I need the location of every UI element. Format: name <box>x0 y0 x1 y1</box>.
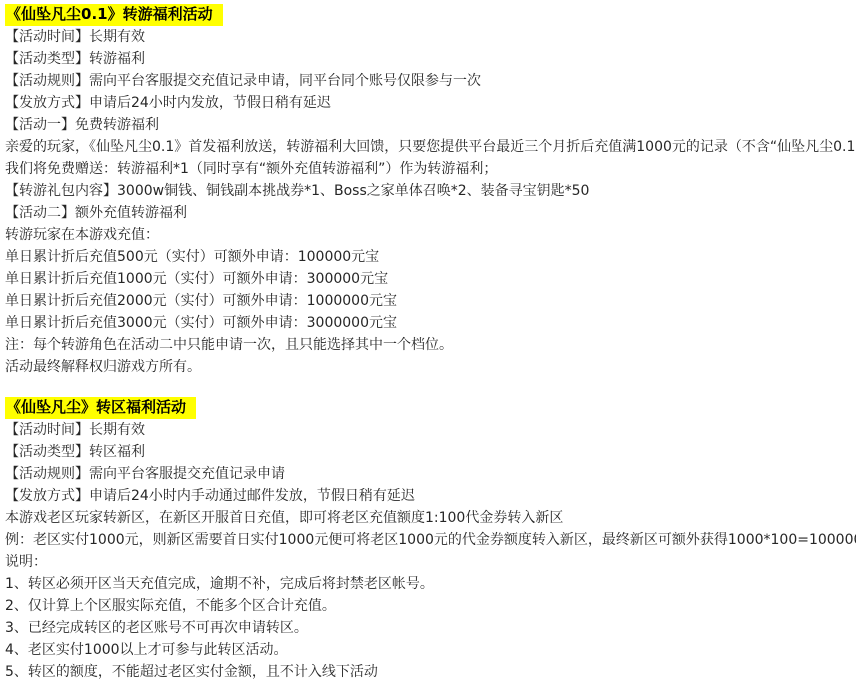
text-line-rule-4: 4、老区实付1000以上才可参与此转区活动。 <box>5 639 856 661</box>
text-line-free-gift: 我们将免费赠送：转游福利*1（同时享有“额外充值转游福利”）作为转游福利； <box>5 158 856 180</box>
text-line-activity-type: 【活动类型】转游福利 <box>5 48 856 70</box>
text-line-activity-two: 【活动二】额外充值转游福利 <box>5 202 856 224</box>
text-line-rule-5: 5、转区的额度，不能超过老区实付金额，且不计入线下活动 <box>5 661 856 681</box>
section-gap <box>5 378 856 397</box>
text-line-note: 注：每个转游角色在活动二中只能申请一次，且只能选择其中一个档位。 <box>5 334 856 356</box>
text-line-tier-1000: 单日累计折后充值1000元（实付）可额外申请：300000元宝 <box>5 268 856 290</box>
text-line-rule-2: 2、仅计算上个区服实际充值，不能多个区合计充值。 <box>5 595 856 617</box>
text-line-activity-one: 【活动一】免费转游福利 <box>5 114 856 136</box>
text-line-distribution-method: 【发放方式】申请后24小时内手动通过邮件发放，节假日稍有延迟 <box>5 485 856 507</box>
text-line-activity-rules: 【活动规则】需向平台客服提交充值记录申请，同平台同个账号仅限参与一次 <box>5 70 856 92</box>
text-line-rule-3: 3、已经完成转区的老区账号不可再次申请转区。 <box>5 617 856 639</box>
text-line-rule-1: 1、转区必须开区当天充值完成，逾期不补，完成后将封禁老区帐号。 <box>5 573 856 595</box>
text-line-recharge-intro: 转游玩家在本游戏充值： <box>5 224 856 246</box>
section-transfer-game-benefits: 《仙坠凡尘0.1》转游福利活动 【活动时间】长期有效 【活动类型】转游福利 【活… <box>5 4 856 378</box>
text-line-gift-package-content: 【转游礼包内容】3000w铜钱、铜钱副本挑战券*1、Boss之家单体召唤*2、装… <box>5 180 856 202</box>
text-line-tier-500: 单日累计折后充值500元（实付）可额外申请：100000元宝 <box>5 246 856 268</box>
section-transfer-zone-benefits: 《仙坠凡尘》转区福利活动 【活动时间】长期有效 【活动类型】转区福利 【活动规则… <box>5 397 856 681</box>
text-line-final-interpretation: 活动最终解释权归游戏方所有。 <box>5 356 856 378</box>
text-line-zone-transfer-intro: 本游戏老区玩家转新区，在新区开服首日充值，即可将老区充值额度1:100代金券转入… <box>5 507 856 529</box>
section1-title-row: 《仙坠凡尘0.1》转游福利活动 <box>5 4 856 26</box>
activity-notice-document: 《仙坠凡尘0.1》转游福利活动 【活动时间】长期有效 【活动类型】转游福利 【活… <box>0 0 862 681</box>
text-line-tier-3000: 单日累计折后充值3000元（实付）可额外申请：3000000元宝 <box>5 312 856 334</box>
text-line-distribution-method: 【发放方式】申请后24小时内发放，节假日稍有延迟 <box>5 92 856 114</box>
text-line-tier-2000: 单日累计折后充值2000元（实付）可额外申请：1000000元宝 <box>5 290 856 312</box>
text-line-activity-time: 【活动时间】长期有效 <box>5 26 856 48</box>
text-line-activity-rules: 【活动规则】需向平台客服提交充值记录申请 <box>5 463 856 485</box>
text-line-activity-time: 【活动时间】长期有效 <box>5 419 856 441</box>
section2-title-highlight: 《仙坠凡尘》转区福利活动 <box>5 397 196 419</box>
text-line-explanation-label: 说明： <box>5 551 856 573</box>
section1-title-highlight: 《仙坠凡尘0.1》转游福利活动 <box>5 4 223 26</box>
text-line-example: 例：老区实付1000元，则新区需要首日实付1000元便可将老区1000元的代金券… <box>5 529 856 551</box>
text-line-activity-type: 【活动类型】转区福利 <box>5 441 856 463</box>
section2-title-row: 《仙坠凡尘》转区福利活动 <box>5 397 856 419</box>
text-line-player-greeting: 亲爱的玩家，《仙坠凡尘0.1》首发福利放送，转游福利大回馈，只要您提供平台最近三… <box>5 136 856 158</box>
